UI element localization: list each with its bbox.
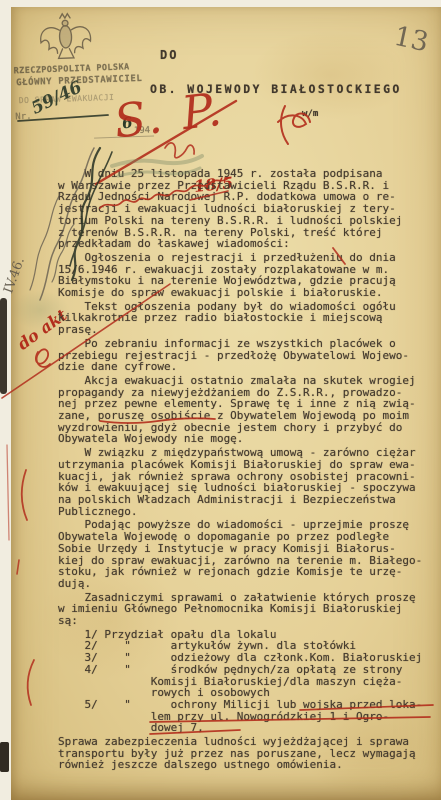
scanned-document: RZECZPOSPOLITA POLSKA GŁÓWNY PRZEDSTAWIC…	[0, 0, 441, 800]
scan-edge-mark	[0, 298, 7, 394]
scan-edge-mark	[0, 742, 9, 772]
body-paragraph: W dniu 25 listopada 1945 r. została podp…	[58, 168, 438, 250]
salutation: DO	[160, 48, 178, 62]
red-margin-vline	[7, 445, 9, 540]
body-paragraph: 1/ Przydział opału dla lokalu 2/ " artyk…	[58, 629, 438, 734]
body-paragraph: Ogłoszenia o rejestracji i przedłużeniu …	[58, 252, 438, 299]
body-paragraph: Po zebraniu informacji ze wszystkich pla…	[58, 338, 438, 373]
body-paragraph: Akcja ewakuacji ostatnio zmalała na skut…	[58, 375, 438, 445]
body-paragraph: Podając powyższe do wiadomości - uprzejm…	[58, 519, 438, 589]
body-paragraph: Zasadniczymi sprawami o załatwienie któr…	[58, 592, 438, 627]
document-body: W dniu 25 listopada 1945 r. została podp…	[58, 168, 438, 773]
body-paragraph: W związku z międzypaństwową umową - zaró…	[58, 447, 438, 517]
body-paragraph: Sprawa zabezpieczenia ludności wyjeżdżaj…	[58, 736, 438, 771]
eagle-icon	[36, 12, 96, 66]
place-note: w/m	[302, 109, 318, 119]
stamp-number-label: Nr.	[15, 112, 32, 123]
body-paragraph: Tekst ogłoszenia podany był do wiadomośc…	[58, 301, 438, 336]
